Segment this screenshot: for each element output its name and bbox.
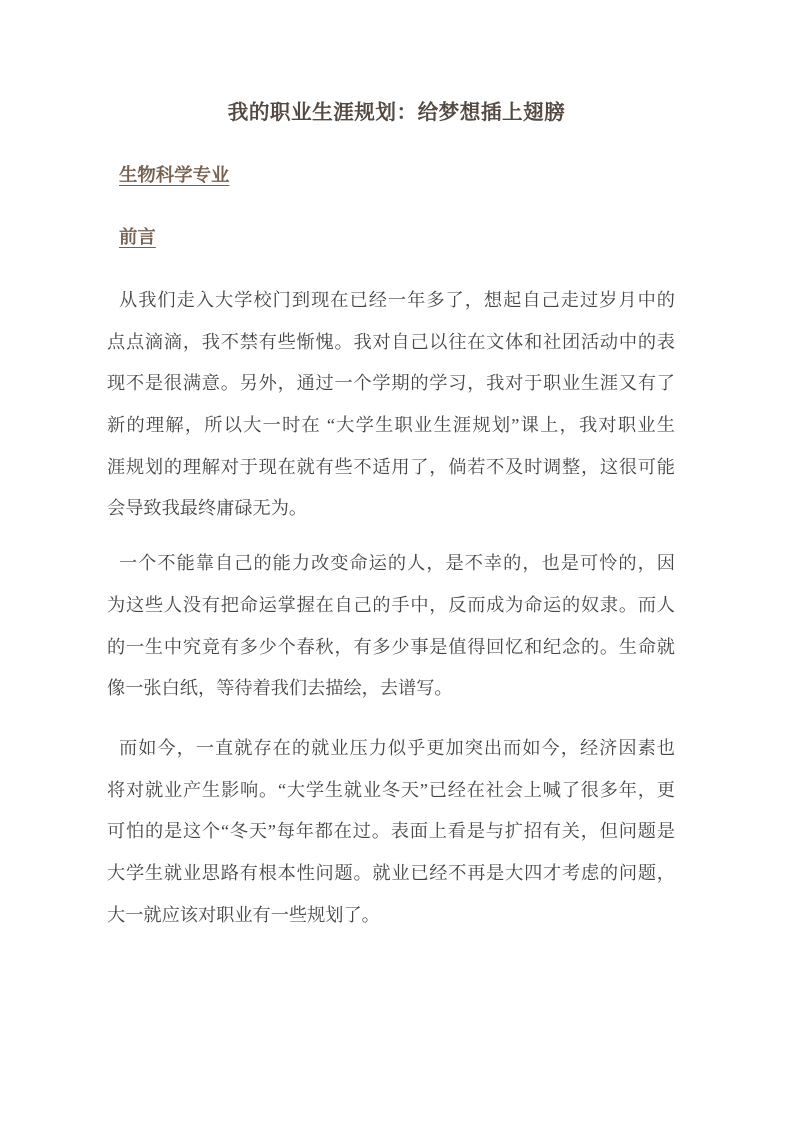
text-line: 会导致我最终庸碌无为。 (107, 488, 675, 530)
text-line: 现不是很满意。另外，通过一个学期的学习，我对于职业生涯又有了 (107, 363, 675, 405)
heading-major: 生物科学专业 (107, 162, 675, 188)
document-title: 我的职业生涯规划：给梦想插上翅膀 (0, 0, 793, 129)
paragraph-fate: 一个不能靠自己的能力改变命运的人，是不幸的，也是可怜的，因 为这些人没有把命运掌… (107, 543, 675, 710)
document-body: 生物科学专业 前言 从我们走入大学校门到现在已经一年多了，想起自己走过岁月中的 … (107, 162, 675, 936)
text-line: 像一张白纸，等待着我们去描绘，去谱写。 (107, 668, 675, 710)
text-line: 新的理解，所以大一时在 “大学生职业生涯规划”课上，我对职业生 (107, 405, 675, 447)
document-page: 我的职业生涯规划：给梦想插上翅膀 生物科学专业 前言 从我们走入大学校门到现在已… (0, 0, 793, 1122)
text-line: 大一就应该对职业有一些规划了。 (107, 895, 675, 937)
text-line: 一个不能靠自己的能力改变命运的人，是不幸的，也是可怜的，因 (107, 543, 675, 585)
text-line: 大学生就业思路有根本性问题。就业已经不再是大四才考虑的问题， (107, 853, 675, 895)
text-line: 从我们走入大学校门到现在已经一年多了，想起自己走过岁月中的 (107, 280, 675, 322)
text-line: 涯规划的理解对于现在就有些不适用了，倘若不及时调整，这很可能 (107, 447, 675, 489)
heading-preface: 前言 (107, 224, 675, 250)
paragraph-intro: 从我们走入大学校门到现在已经一年多了，想起自己走过岁月中的 点点滴滴，我不禁有些… (107, 280, 675, 530)
text-line: 的一生中究竟有多少个春秋，有多少事是值得回忆和纪念的。生命就 (107, 627, 675, 669)
text-line: 为这些人没有把命运掌握在自己的手中，反而成为命运的奴隶。而人 (107, 585, 675, 627)
paragraph-employment: 而如今，一直就存在的就业压力似乎更加突出而如今，经济因素也 将对就业产生影响。“… (107, 728, 675, 936)
text-line: 可怕的是这个“冬天”每年都在过。表面上看是与扩招有关，但问题是 (107, 811, 675, 853)
text-line: 点点滴滴，我不禁有些惭愧。我对自己以往在文体和社团活动中的表 (107, 322, 675, 364)
text-line: 而如今，一直就存在的就业压力似乎更加突出而如今，经济因素也 (107, 728, 675, 770)
text-line: 将对就业产生影响。“大学生就业冬天”已经在社会上喊了很多年，更 (107, 770, 675, 812)
